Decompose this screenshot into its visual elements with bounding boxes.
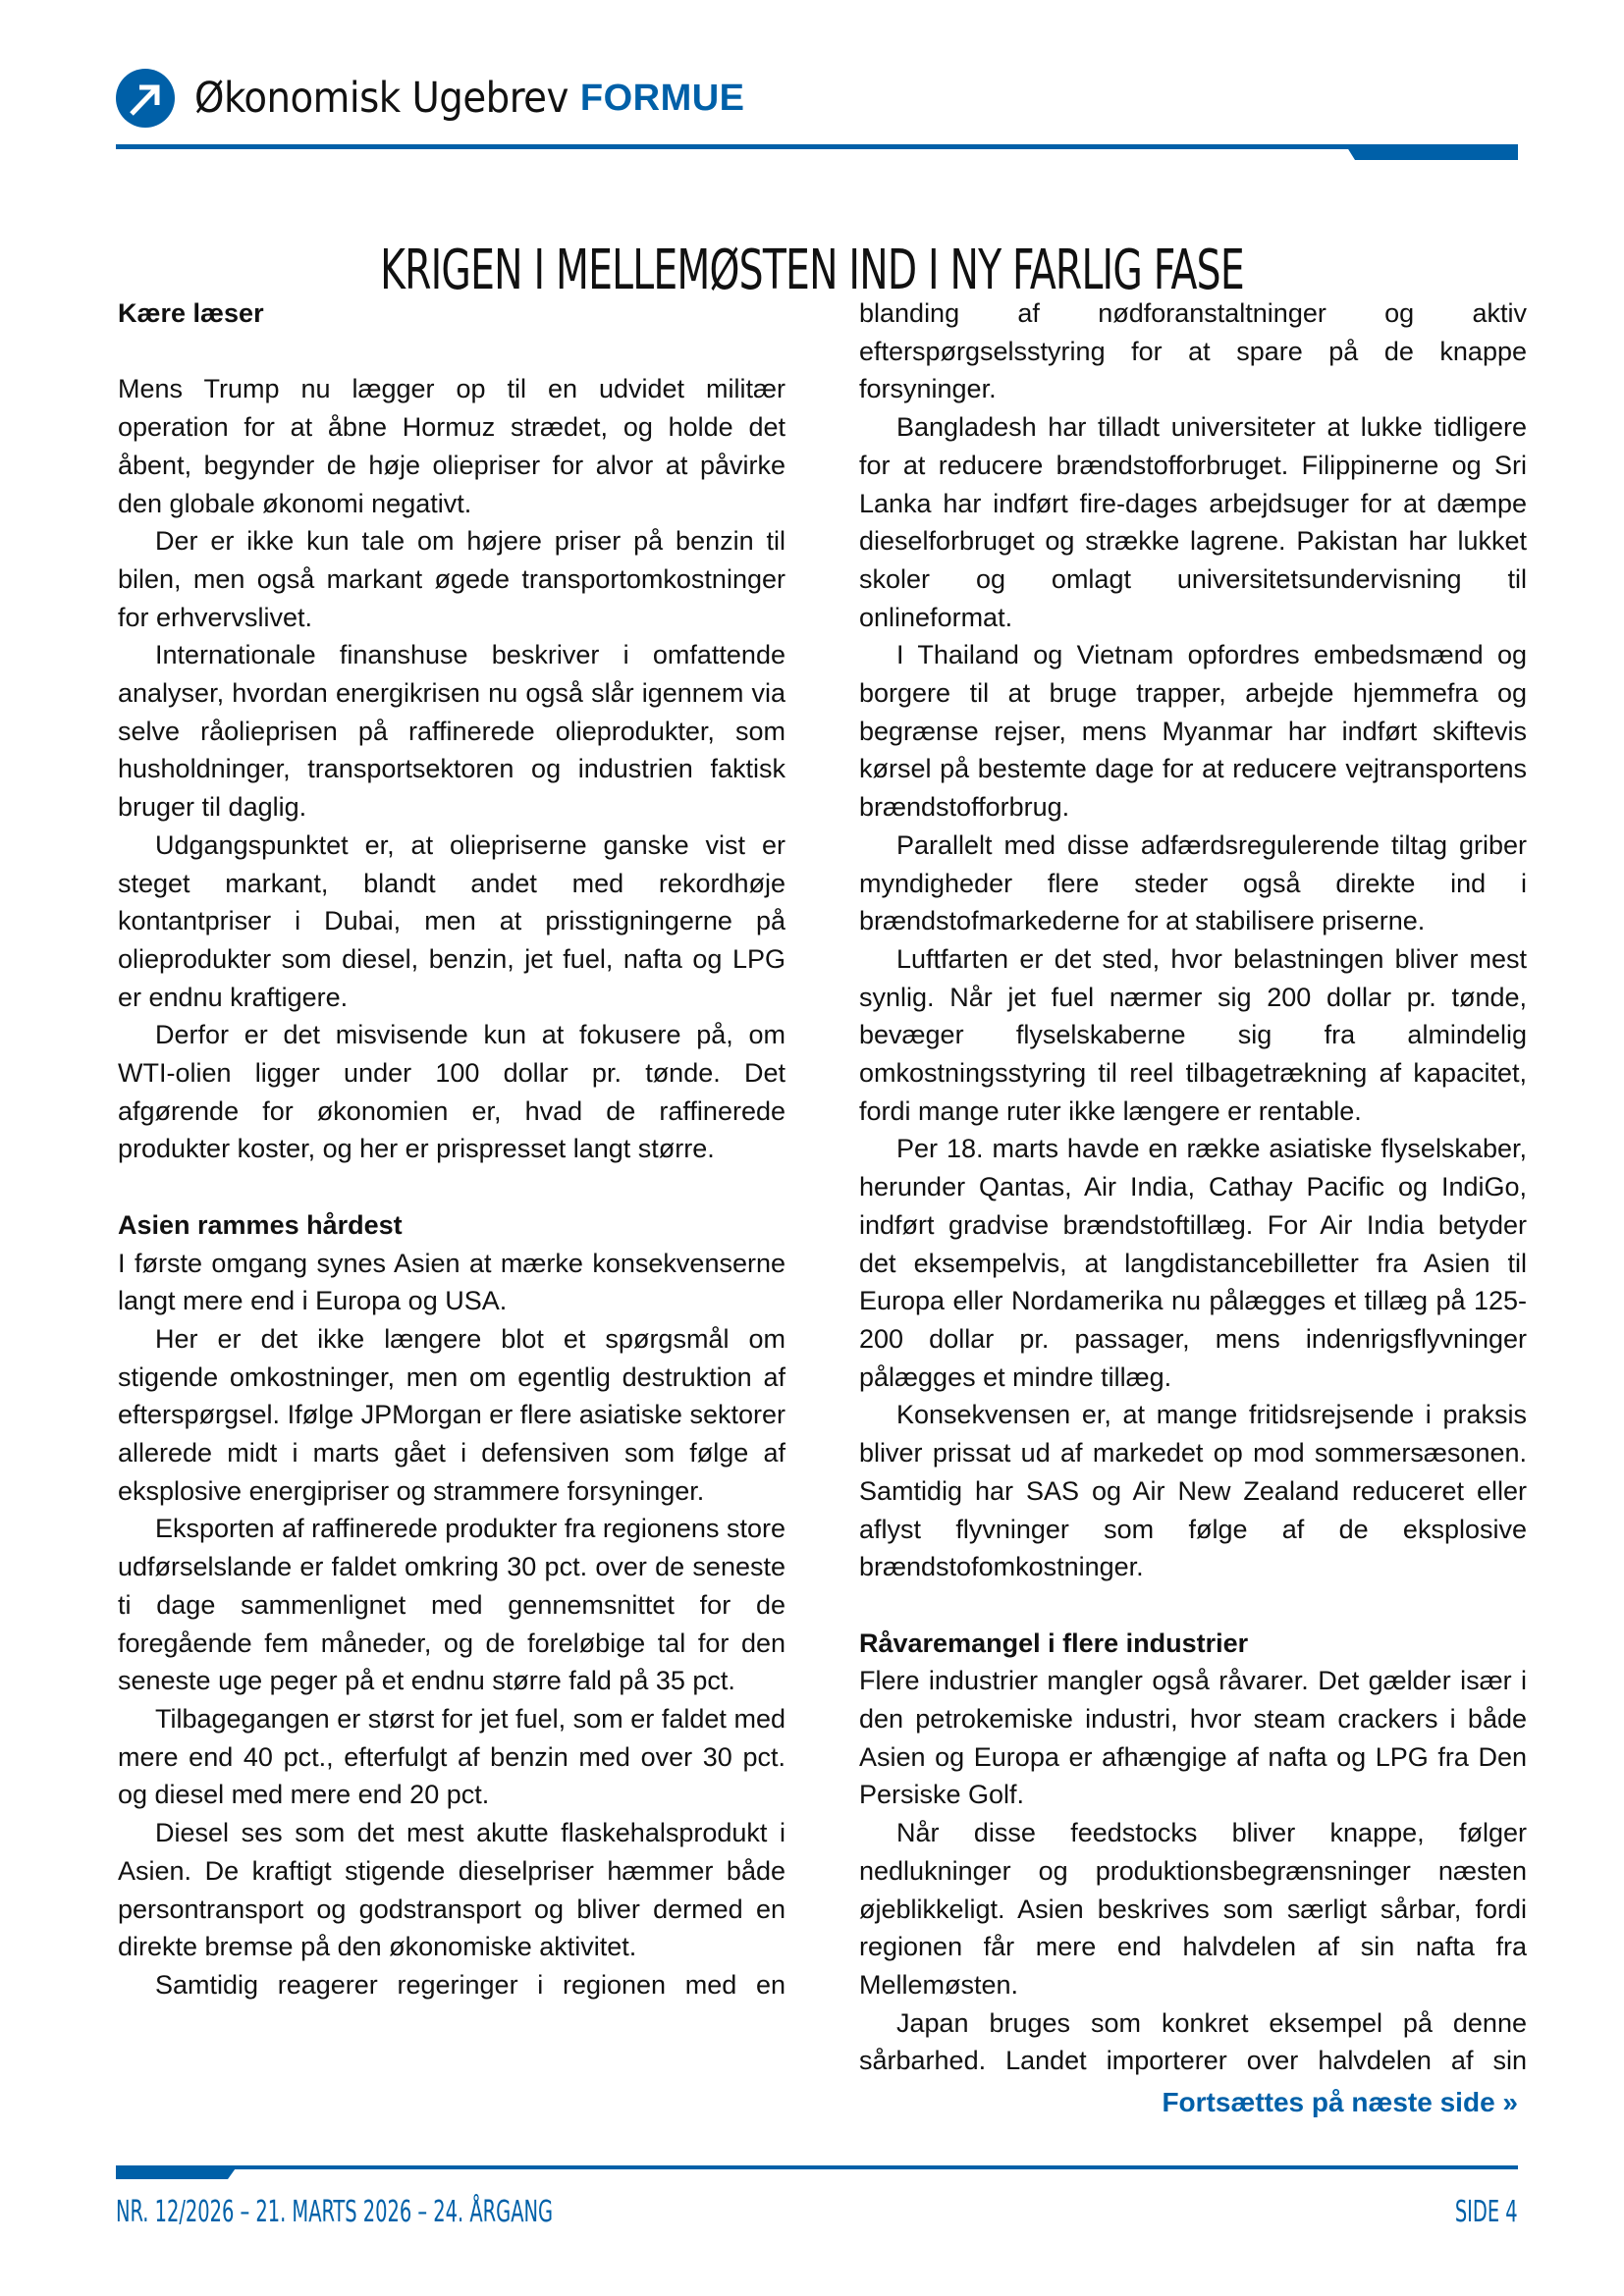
salutation: Kære læser bbox=[118, 294, 785, 333]
paragraph: Flere industrier mangler også råvarer. D… bbox=[859, 1662, 1527, 1814]
paragraph: Luftfarten er det sted, hvor belastninge… bbox=[859, 940, 1527, 1131]
masthead: Økonomisk Ugebrev FORMUE bbox=[116, 59, 745, 137]
arrow-up-right-circle-icon bbox=[116, 69, 175, 128]
paragraph: I første omgang synes Asien at mærke kon… bbox=[118, 1245, 785, 1320]
issue-info: NR. 12/2026 – 21. MARTS 2026 – 24. ÅRGAN… bbox=[116, 2195, 553, 2229]
paragraph: Eksporten af raffinerede produkter fra r… bbox=[118, 1510, 785, 1700]
left-column: Kære læser Mens Trump nu lægger op til e… bbox=[118, 294, 785, 2004]
paragraph: Udgangspunktet er, at oliepriserne gansk… bbox=[118, 827, 785, 1017]
article-title: KRIGEN I MELLEMØSTEN IND I NY FARLIG FAS… bbox=[179, 239, 1445, 302]
paragraph: Her er det ikke længere blot et spørgsmå… bbox=[118, 1320, 785, 1511]
brand-name: Økonomisk Ugebrev bbox=[194, 74, 568, 123]
paragraph: Bangladesh har tilladt universiteter at … bbox=[859, 408, 1527, 636]
footer-divider bbox=[116, 2165, 1518, 2169]
footer-divider-tab bbox=[116, 2165, 238, 2179]
section-heading: Asien rammes hårdest bbox=[118, 1206, 785, 1245]
spacer bbox=[118, 333, 785, 371]
header-divider-tab bbox=[1345, 144, 1518, 160]
section-heading: Råvaremangel i flere industrier bbox=[859, 1625, 1527, 1663]
paragraph: Konsekvensen er, at mange fritidsrejsend… bbox=[859, 1396, 1527, 1586]
paragraph: blanding af nødforanstaltninger og aktiv… bbox=[859, 294, 1527, 408]
page-number: SIDE 4 bbox=[1455, 2195, 1518, 2229]
paragraph: Mens Trump nu lægger op til en udvidet m… bbox=[118, 370, 785, 522]
paragraph: Per 18. marts havde en række asiatiske f… bbox=[859, 1130, 1527, 1396]
continued-next-page-link[interactable]: Fortsættes på næste side » bbox=[1162, 2087, 1518, 2118]
paragraph: Derfor er det misvisende kun at fokusere… bbox=[118, 1016, 785, 1168]
spacer bbox=[859, 1586, 1527, 1625]
paragraph: Når disse feedstocks bliver knappe, følg… bbox=[859, 1814, 1527, 2004]
paragraph: Parallelt med disse adfærdsregulerende t… bbox=[859, 827, 1527, 940]
right-column: blanding af nødforanstaltninger og aktiv… bbox=[859, 294, 1527, 2080]
paragraph: Japan bruges som konkret eksempel på den… bbox=[859, 2004, 1527, 2080]
paragraph: Internationale finanshuse beskriver i om… bbox=[118, 636, 785, 827]
brand-section: FORMUE bbox=[580, 78, 745, 120]
paragraph: Diesel ses som det mest akutte flaskehal… bbox=[118, 1814, 785, 1966]
paragraph: Der er ikke kun tale om højere priser på… bbox=[118, 522, 785, 636]
paragraph: I Thailand og Vietnam opfordres embedsmæ… bbox=[859, 636, 1527, 827]
spacer bbox=[118, 1168, 785, 1206]
header-divider bbox=[116, 144, 1518, 149]
paragraph: Samtidig reagerer regeringer i regionen … bbox=[118, 1966, 785, 2004]
paragraph: Tilbagegangen er størst for jet fuel, so… bbox=[118, 1700, 785, 1814]
